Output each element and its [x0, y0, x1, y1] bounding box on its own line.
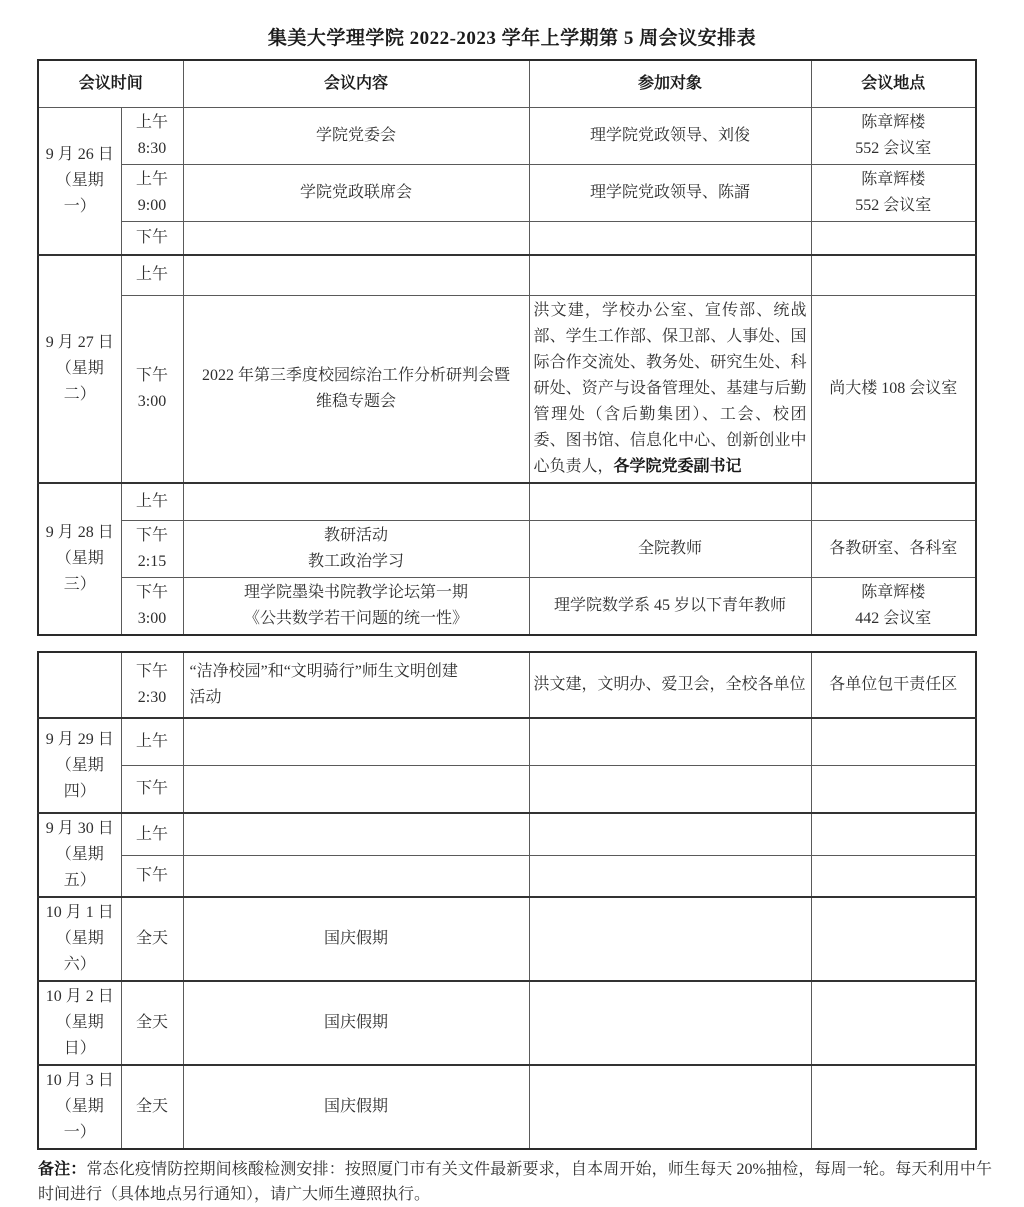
- participants-cell: [529, 718, 811, 765]
- participants-cell: [529, 981, 811, 1065]
- participants-cell: [529, 1065, 811, 1149]
- time-cell: 下午 2:30: [121, 652, 183, 718]
- content-cell: “洁净校园”和“文明骑行”师生文明创建 活动: [183, 652, 529, 718]
- content-cell: [183, 718, 529, 765]
- date-cell: 10 月 3 日 （星期一）: [38, 1065, 121, 1149]
- date-cell: 9 月 28 日 （星期三）: [38, 483, 121, 636]
- participants-cell: [529, 221, 811, 255]
- location-cell: [811, 981, 976, 1065]
- location-cell: 各单位包干责任区: [811, 652, 976, 718]
- date-cell: 9 月 27 日 （星期二）: [38, 255, 121, 483]
- content-cell: 学院党委会: [183, 107, 529, 164]
- date-cell: 10 月 2 日 （星期日）: [38, 981, 121, 1065]
- time-cell: 下午 2:15: [121, 521, 183, 578]
- location-cell: [811, 1065, 976, 1149]
- participants-cell: [529, 856, 811, 898]
- participants-cell: [529, 897, 811, 981]
- meeting-schedule-table-week1: 会议时间 会议内容 参加对象 会议地点 9 月 26 日 （星期一） 上午 8:…: [37, 59, 977, 636]
- location-cell: [811, 765, 976, 813]
- participants-cell: [529, 813, 811, 856]
- document-title: 集美大学理学院 2022-2023 学年上学期第 5 周会议安排表: [0, 0, 1024, 50]
- participants-cell: 洪文建，文明办、爱卫会，全校各单位: [529, 652, 811, 718]
- remarks-label: 备注：: [38, 1161, 86, 1178]
- time-cell: 上午: [121, 718, 183, 765]
- location-cell: 尚大楼 108 会议室: [811, 295, 976, 483]
- content-cell: 国庆假期: [183, 981, 529, 1065]
- participants-cell: 理学院党政领导、陈諝: [529, 164, 811, 221]
- participants-cell: 全院教师: [529, 521, 811, 578]
- time-cell: 上午 8:30: [121, 107, 183, 164]
- content-cell: 学院党政联席会: [183, 164, 529, 221]
- participants-text-bold: 各学院党委副书记: [614, 458, 742, 475]
- content-cell: [183, 483, 529, 521]
- location-cell: 各教研室、各科室: [811, 521, 976, 578]
- content-cell: 2022 年第三季度校园综治工作分析研判会暨 维稳专题会: [183, 295, 529, 483]
- time-cell: 上午 9:00: [121, 164, 183, 221]
- content-cell: 国庆假期: [183, 1065, 529, 1149]
- time-cell: 上午: [121, 813, 183, 856]
- content-cell: [183, 255, 529, 295]
- date-cell: [38, 652, 121, 718]
- content-cell: [183, 813, 529, 856]
- time-cell: 下午 3:00: [121, 295, 183, 483]
- date-cell: 9 月 29 日 （星期四）: [38, 718, 121, 813]
- header-meeting-time: 会议时间: [38, 60, 183, 107]
- date-cell: 9 月 30 日 （星期五）: [38, 813, 121, 897]
- date-cell: 10 月 1 日 （星期六）: [38, 897, 121, 981]
- time-cell: 下午: [121, 221, 183, 255]
- time-cell: 全天: [121, 897, 183, 981]
- time-cell: 全天: [121, 981, 183, 1065]
- header-location: 会议地点: [811, 60, 976, 107]
- participants-text: 洪文建，学校办公室、宣传部、统战部、学生工作部、保卫部、人事处、国际合作交流处、…: [534, 302, 807, 475]
- participants-cell: [529, 255, 811, 295]
- content-cell: 理学院墨染书院教学论坛第一期 《公共数学若干问题的统一性》: [183, 578, 529, 636]
- participants-cell: [529, 765, 811, 813]
- time-cell: 下午: [121, 765, 183, 813]
- time-cell: 下午 3:00: [121, 578, 183, 636]
- content-cell: [183, 765, 529, 813]
- remarks-note: 备注：常态化疫情防控期间核酸检测安排：按照厦门市有关文件最新要求，自本周开始，师…: [38, 1157, 992, 1207]
- participants-cell: 理学院数学系 45 岁以下青年教师: [529, 578, 811, 636]
- location-cell: 陈章辉楼 442 会议室: [811, 578, 976, 636]
- location-cell: 陈章辉楼 552 会议室: [811, 107, 976, 164]
- time-cell: 上午: [121, 255, 183, 295]
- location-cell: [811, 813, 976, 856]
- location-cell: [811, 255, 976, 295]
- time-cell: 全天: [121, 1065, 183, 1149]
- location-cell: [811, 483, 976, 521]
- remarks-text: 常态化疫情防控期间核酸检测安排：按照厦门市有关文件最新要求，自本周开始，师生每天…: [38, 1161, 992, 1203]
- location-cell: [811, 718, 976, 765]
- location-cell: 陈章辉楼 552 会议室: [811, 164, 976, 221]
- date-cell: 9 月 26 日 （星期一）: [38, 107, 121, 255]
- content-cell: 国庆假期: [183, 897, 529, 981]
- content-cell: [183, 856, 529, 898]
- location-cell: [811, 221, 976, 255]
- content-cell: [183, 221, 529, 255]
- header-meeting-content: 会议内容: [183, 60, 529, 107]
- header-participants: 参加对象: [529, 60, 811, 107]
- content-cell: 教研活动 教工政治学习: [183, 521, 529, 578]
- meeting-schedule-table-week2: 下午 2:30 “洁净校园”和“文明骑行”师生文明创建 活动 洪文建，文明办、爱…: [37, 651, 977, 1150]
- participants-cell: 理学院党政领导、刘俊: [529, 107, 811, 164]
- time-cell: 上午: [121, 483, 183, 521]
- participants-cell: [529, 483, 811, 521]
- time-cell: 下午: [121, 856, 183, 898]
- location-cell: [811, 856, 976, 898]
- location-cell: [811, 897, 976, 981]
- participants-cell: 洪文建，学校办公室、宣传部、统战部、学生工作部、保卫部、人事处、国际合作交流处、…: [529, 295, 811, 483]
